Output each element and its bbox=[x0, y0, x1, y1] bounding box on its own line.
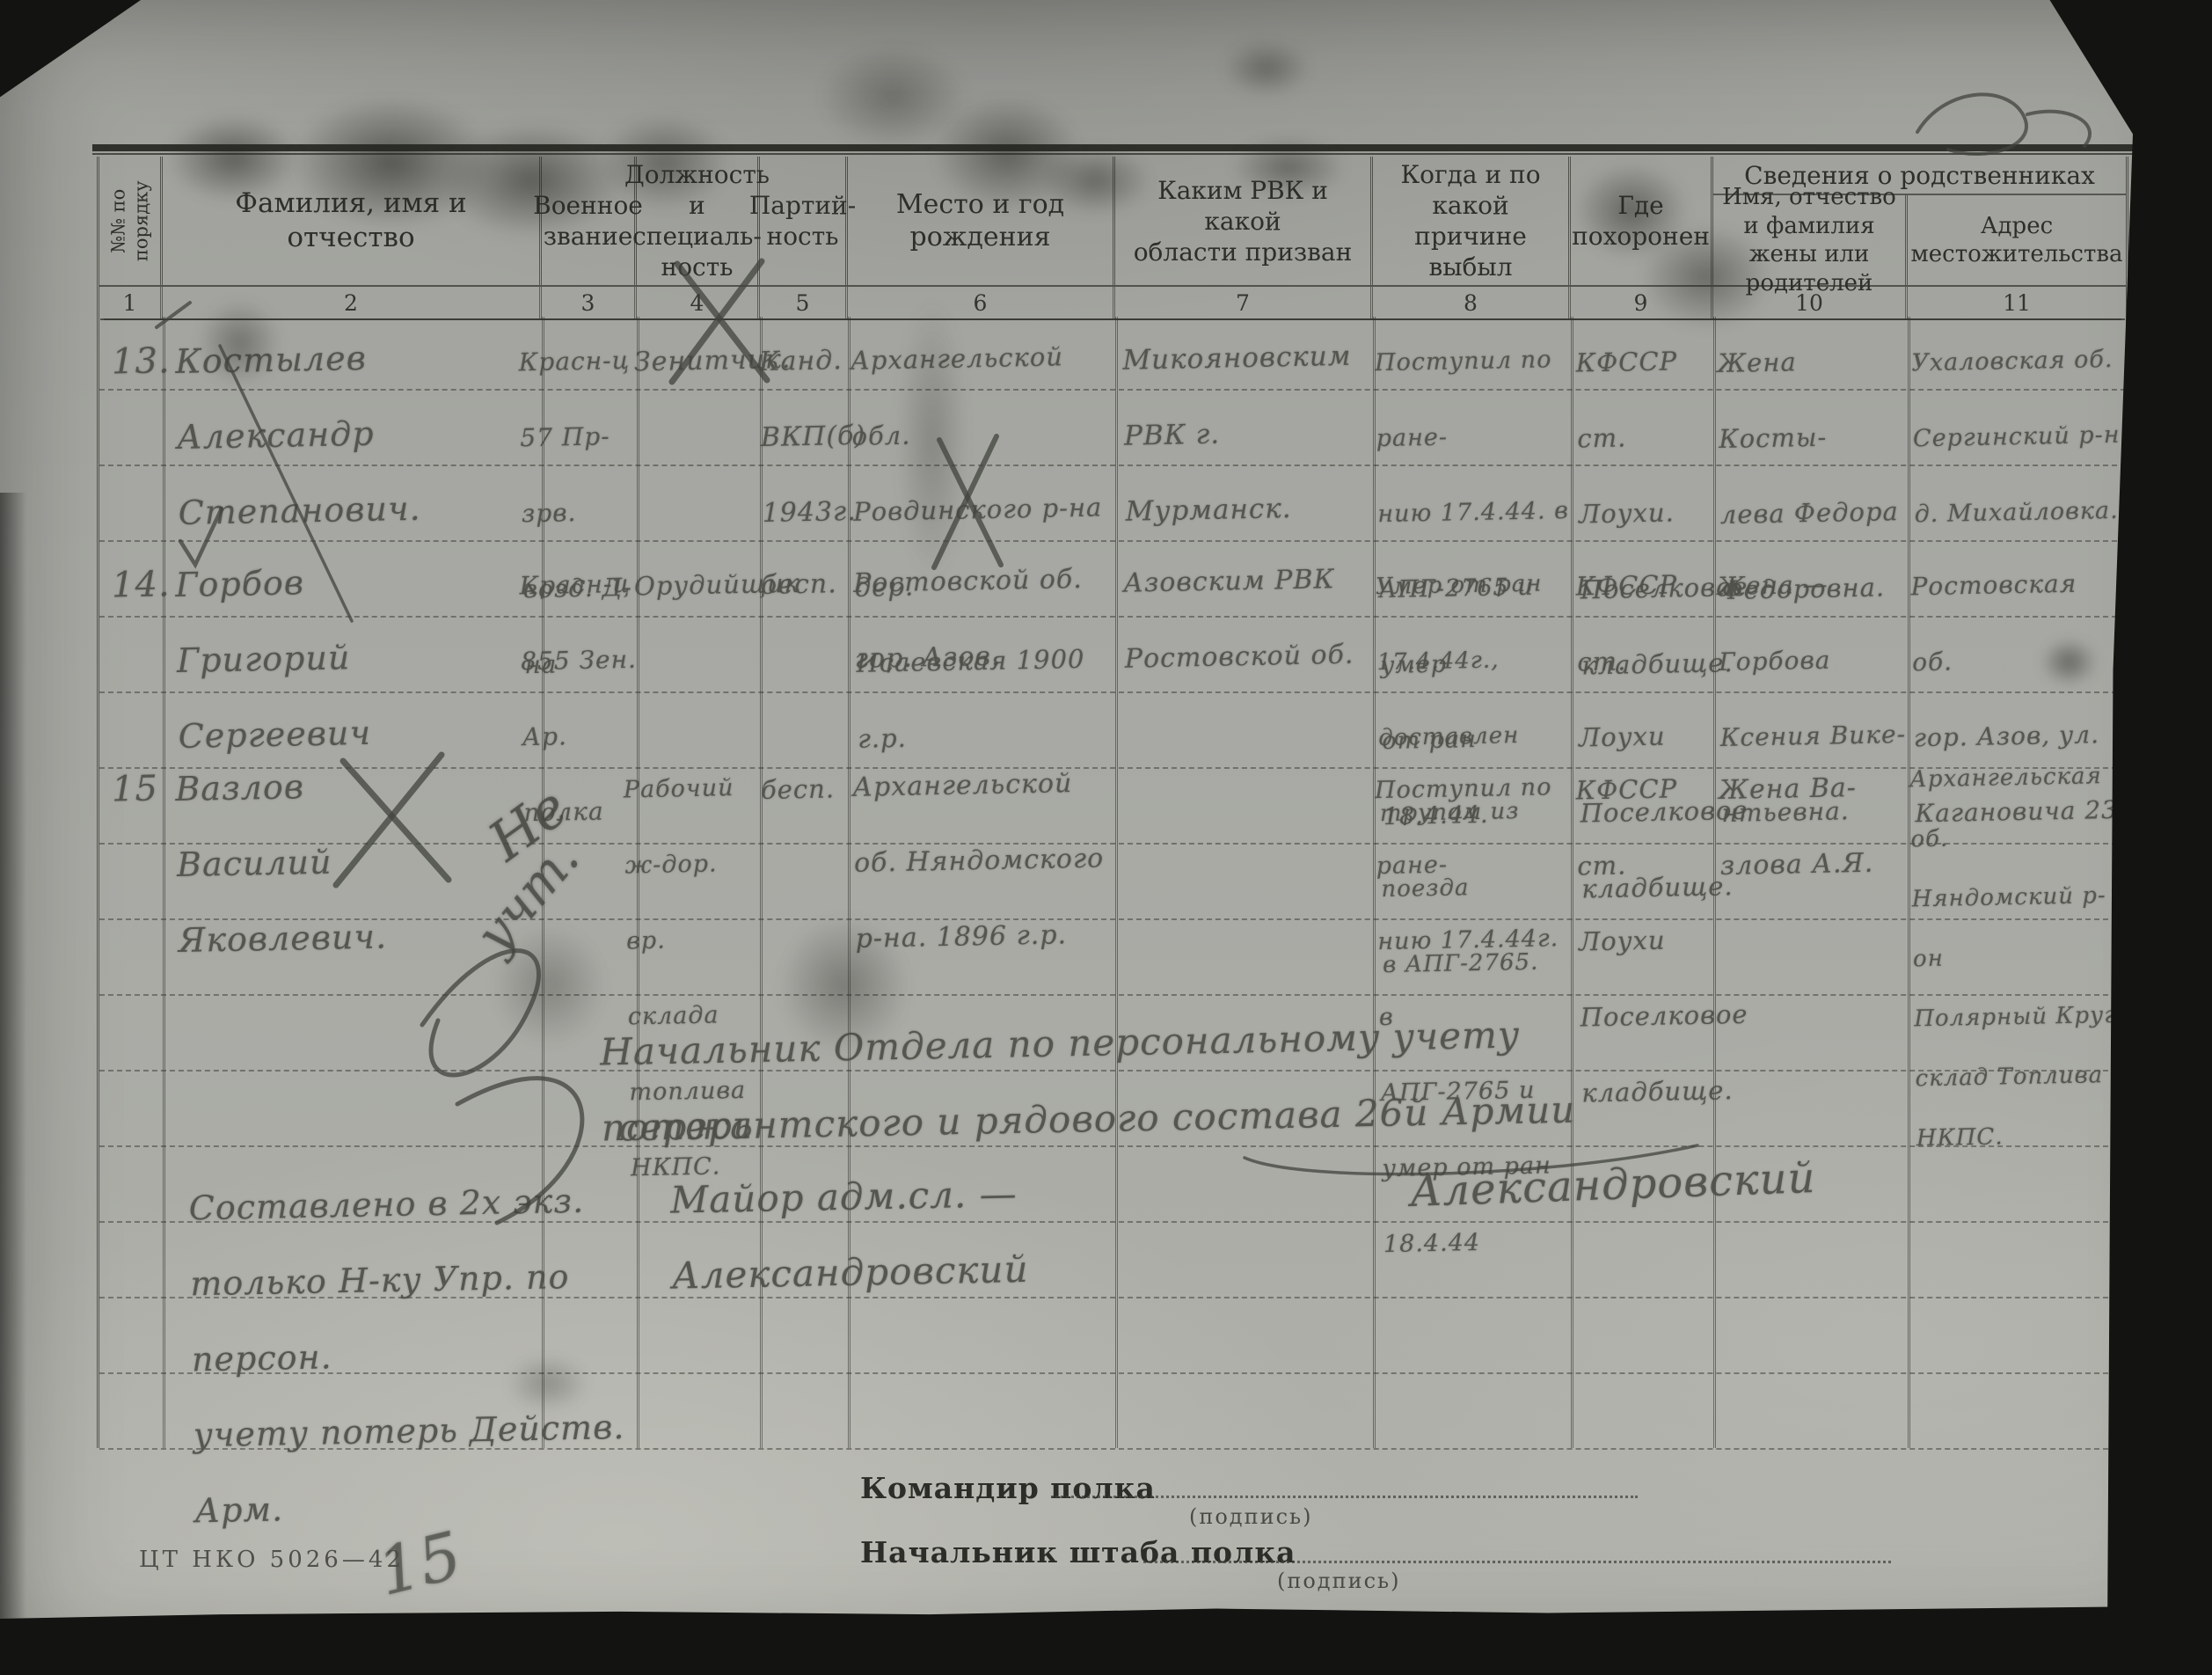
row-number: 15 bbox=[111, 750, 164, 827]
officer-signature: Александровский bbox=[1409, 1140, 1816, 1230]
row-birthplace: Ростовской об. гор. Азов. bbox=[852, 541, 1119, 698]
commander-label: Командир полка bbox=[860, 1471, 1156, 1505]
row-number: 14. bbox=[111, 546, 164, 623]
officer-note-line3: Майор адм.сл. — Александровский bbox=[669, 1149, 1376, 1313]
header-group-relatives: Сведения о родственниках Имя, отчество и… bbox=[1713, 157, 2126, 285]
col-num: 11 bbox=[1908, 287, 2126, 318]
row-position: Орудийщик bbox=[633, 546, 758, 625]
col-num: 5 bbox=[760, 287, 848, 318]
col-num: 1 bbox=[99, 287, 163, 318]
row-position: Зенитчик. bbox=[633, 323, 758, 401]
copies-note: Составлено в 2х экз. только Н-ку Упр. по… bbox=[188, 1161, 688, 1549]
signature-line bbox=[1143, 1561, 1891, 1563]
col-num: 6 bbox=[848, 287, 1115, 318]
row-party: бесп. bbox=[760, 546, 854, 624]
casualty-table: №№ по порядку Фамилия, имя и отчество Во… bbox=[97, 157, 2128, 1448]
header-label: №№ по порядку bbox=[106, 180, 153, 261]
header-cell-address: Адрес местожительства bbox=[1908, 195, 2126, 285]
header-cell-rvk: Каким РВК и какой области призван bbox=[1115, 157, 1373, 285]
col-num: 10 bbox=[1713, 287, 1908, 318]
col-num: 9 bbox=[1571, 287, 1713, 318]
column-separator bbox=[163, 317, 165, 1448]
row-address: Ухаловская об. Сергинский р-н д. Михайло… bbox=[1911, 322, 2128, 553]
header-cell-party: Партий- ность bbox=[760, 157, 848, 285]
table-header: №№ по порядку Фамилия, имя и отчество Во… bbox=[99, 157, 2126, 285]
row-relative: Жена Ва- злова А.Я. bbox=[1718, 750, 1907, 904]
header-cell-relative: Имя, отчество и фамилия жены или родител… bbox=[1713, 195, 1908, 285]
column-numbers-row: 1 2 3 4 5 6 7 8 9 10 11 bbox=[99, 285, 2126, 318]
signature-caption: (подпись) bbox=[1277, 1569, 1400, 1593]
signature-line bbox=[1051, 1496, 1638, 1498]
column-separator bbox=[1908, 317, 1910, 1448]
header-cell-name: Фамилия, имя и отчество bbox=[163, 157, 542, 285]
col-num: 2 bbox=[163, 287, 542, 318]
row-rvk: Микояновским РВК г. Мурманск. bbox=[1122, 318, 1377, 549]
header-cell-burial: Где похоронен bbox=[1571, 157, 1713, 285]
top-rule bbox=[92, 144, 2168, 156]
row-number: 13. bbox=[111, 323, 164, 399]
row-birthplace: Архангельской об. Няндомского р-на. 1896… bbox=[852, 745, 1121, 977]
row-rvk: Азовским РВК Ростовской об. bbox=[1122, 541, 1376, 697]
header-cell-position: Должность и специаль- ность bbox=[637, 157, 760, 285]
signature-caption: (подпись) bbox=[1189, 1504, 1312, 1529]
chief-of-staff-label: Начальник штаба полка bbox=[860, 1535, 1296, 1569]
row-name: Костылев Александр Степанович. bbox=[175, 317, 549, 551]
col-num: 7 bbox=[1115, 287, 1373, 318]
col-num: 4 bbox=[637, 287, 760, 318]
scanned-document: №№ по порядку Фамилия, имя и отчество Во… bbox=[0, 0, 2212, 1675]
col-num: 3 bbox=[542, 287, 637, 318]
ruled-line bbox=[99, 994, 2126, 996]
row-name: Горбов Григорий Сергеевич bbox=[175, 540, 549, 774]
row-party: Канд. ВКП(б) 1943г. bbox=[759, 323, 856, 552]
col-num: 8 bbox=[1373, 287, 1571, 318]
header-cell-rank: Военное звание bbox=[542, 157, 637, 285]
form-stamp: ЦТ НКО 5026—42 bbox=[139, 1547, 405, 1573]
header-cell-birthplace: Место и год рождения bbox=[848, 157, 1115, 285]
header-cell-number: №№ по порядку bbox=[99, 157, 163, 285]
row-party: бесп. bbox=[760, 750, 854, 828]
header-cell-departure: Когда и по какой причине выбыл bbox=[1373, 157, 1571, 285]
row-address: Архангельская об. Няндомский р-он Полярн… bbox=[1909, 746, 2131, 1169]
